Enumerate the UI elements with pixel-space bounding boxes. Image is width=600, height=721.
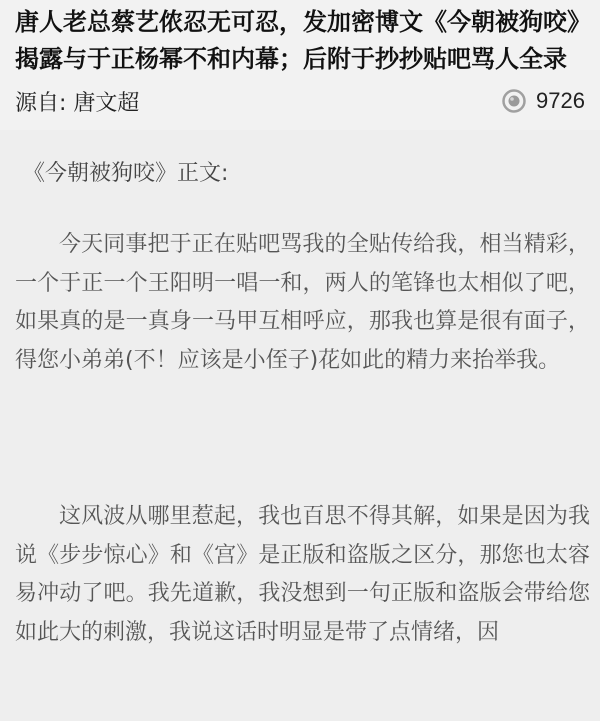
article-source[interactable]: 源自: 唐文超 (15, 86, 139, 117)
paragraph: 今天同事把于正在贴吧骂我的全贴传给我，相当精彩，一个于正一个王阳明一唱一和，两人… (15, 226, 590, 380)
section-heading: 《今朝被狗咬》正文: (15, 155, 590, 193)
view-count: 9726 (502, 88, 585, 114)
eye-icon (502, 89, 526, 113)
paragraph: 这风波从哪里惹起，我也百思不得其解，如果是因为我说《步步惊心》和《宫》是正版和盗… (15, 498, 590, 652)
article-title: 唐人老总蔡艺侬忍无可忍，发加密博文《今朝被狗咬》揭露与于正杨幂不和内幕；后附于抄… (15, 4, 590, 78)
article-meta: 源自: 唐文超 9726 (15, 84, 585, 118)
article-header: 唐人老总蔡艺侬忍无可忍，发加密博文《今朝被狗咬》揭露与于正杨幂不和内幕；后附于抄… (0, 0, 600, 130)
view-count-number: 9726 (536, 88, 585, 114)
article-body: 《今朝被狗咬》正文: 今天同事把于正在贴吧骂我的全贴传给我，相当精彩，一个于正一… (15, 155, 590, 652)
